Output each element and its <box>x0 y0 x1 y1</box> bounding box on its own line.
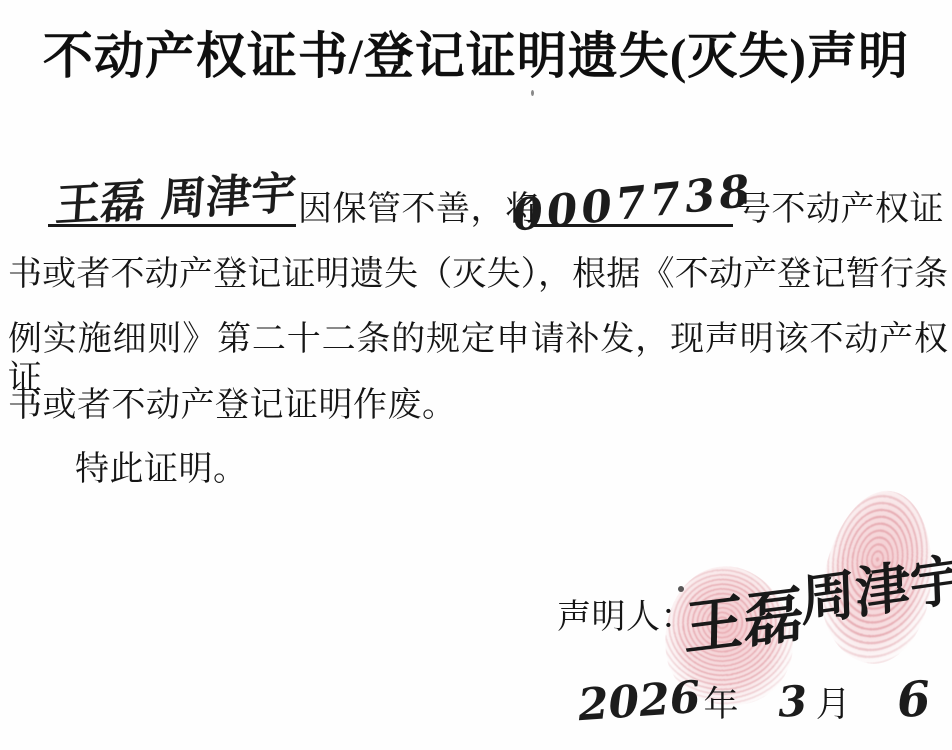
ink-dot <box>678 586 684 592</box>
scan-speck <box>531 90 534 96</box>
date-month-handwritten: 3 <box>777 680 808 723</box>
certificate-number-blank-line: 0007738 <box>533 150 733 227</box>
document-title: 不动产权证书/登记证明遗失(灭失)声明 <box>0 16 952 88</box>
date-year-unit: 年 <box>703 677 738 727</box>
signature-declarant-2: 周津宇 <box>800 550 952 628</box>
declaration-document-page: 不动产权证书/登记证明遗失(灭失)声明 王磊 周津宇 因保管不善，将 00077… <box>0 0 952 750</box>
certificate-number-handwritten: 0007738 <box>510 169 756 238</box>
declarant-names-handwritten: 王磊 周津宇 <box>54 170 298 228</box>
date-line: 2026 年 3 月 6 日 <box>578 676 952 727</box>
date-day-handwritten: 6 <box>895 675 932 725</box>
closing-statement: 特此证明。 <box>75 450 248 489</box>
body-line1-text-a: 因保管不善，将 <box>298 190 540 229</box>
date-month-unit: 月 <box>816 677 851 727</box>
body-line1-text-b: 号不动产权证 <box>737 190 944 229</box>
body-line2: 书或者不动产登记证明遗失（灭失），根据《不动产登记暂行条 <box>8 255 948 294</box>
body-line4: 书或者不动产登记证明作废。 <box>8 386 457 425</box>
date-year-handwritten: 2026 <box>577 676 702 728</box>
declarant-label: 声明人： <box>557 598 695 637</box>
signature-declarant-1: 王磊 <box>684 584 804 659</box>
declarant-names-blank-line: 王磊 周津宇 <box>48 160 296 227</box>
